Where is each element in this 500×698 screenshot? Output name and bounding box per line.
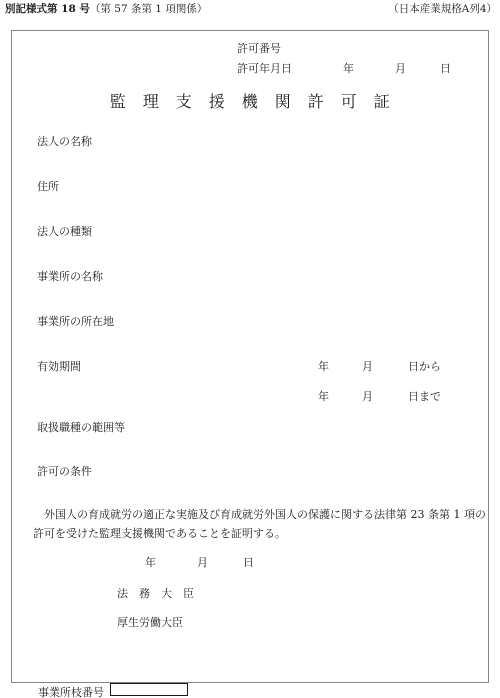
form-number-note: （第 57 条第 1 項関係） xyxy=(90,3,207,15)
validity-from-year-label: 年 xyxy=(318,360,329,373)
certification-statement: 外国人の育成就労の適正な実施及び育成就労外国人の保護に関する法律第 23 条第 … xyxy=(33,505,489,543)
field-label-permit-conditions: 許可の条件 xyxy=(37,465,92,478)
minister-of-justice-label: 法 務 大 臣 xyxy=(117,587,194,600)
field-label-office-name: 事業所の名称 xyxy=(37,270,103,283)
certificate-frame: 許可番号 許可年月日 年 月 日 監 理 支 援 機 関 許 可 証 法人の名称… xyxy=(11,30,489,683)
minister-of-health-labour-label: 厚生労働大臣 xyxy=(117,616,183,629)
permit-date-label: 許可年月日 xyxy=(237,62,292,75)
signature-day-label: 日 xyxy=(243,556,254,569)
validity-to-year-label: 年 xyxy=(318,390,329,403)
office-branch-number-field[interactable] xyxy=(110,683,188,696)
field-label-address: 住所 xyxy=(37,180,59,193)
validity-from-month-label: 月 xyxy=(362,360,373,373)
field-label-corporate-name: 法人の名称 xyxy=(37,135,92,148)
permit-number-label: 許可番号 xyxy=(237,42,281,55)
permit-date-month-label: 月 xyxy=(395,62,406,75)
validity-to-month-label: 月 xyxy=(362,390,373,403)
permit-date-year-label: 年 xyxy=(343,62,354,75)
signature-month-label: 月 xyxy=(197,556,208,569)
paper-size-note: （日本産業規格A列4） xyxy=(388,3,497,16)
office-branch-number-label: 事業所枝番号 xyxy=(38,686,104,698)
certificate-title: 監 理 支 援 機 関 許 可 証 xyxy=(12,92,488,111)
form-number: 別記様式第 18 号 xyxy=(5,3,90,15)
signature-year-label: 年 xyxy=(145,556,156,569)
field-label-corporate-type: 法人の種類 xyxy=(37,225,92,238)
field-label-office-location: 事業所の所在地 xyxy=(37,315,114,328)
form-number-heading: 別記様式第 18 号（第 57 条第 1 項関係） xyxy=(5,3,207,16)
field-label-validity-period: 有効期間 xyxy=(37,360,81,373)
field-label-job-scope: 取扱職種の範囲等 xyxy=(37,421,125,434)
validity-to-day-label: 日まで xyxy=(408,390,441,403)
permit-form-page: 別記様式第 18 号（第 57 条第 1 項関係） （日本産業規格A列4） 許可… xyxy=(0,0,500,698)
permit-date-day-label: 日 xyxy=(440,62,451,75)
validity-from-day-label: 日から xyxy=(408,360,441,373)
